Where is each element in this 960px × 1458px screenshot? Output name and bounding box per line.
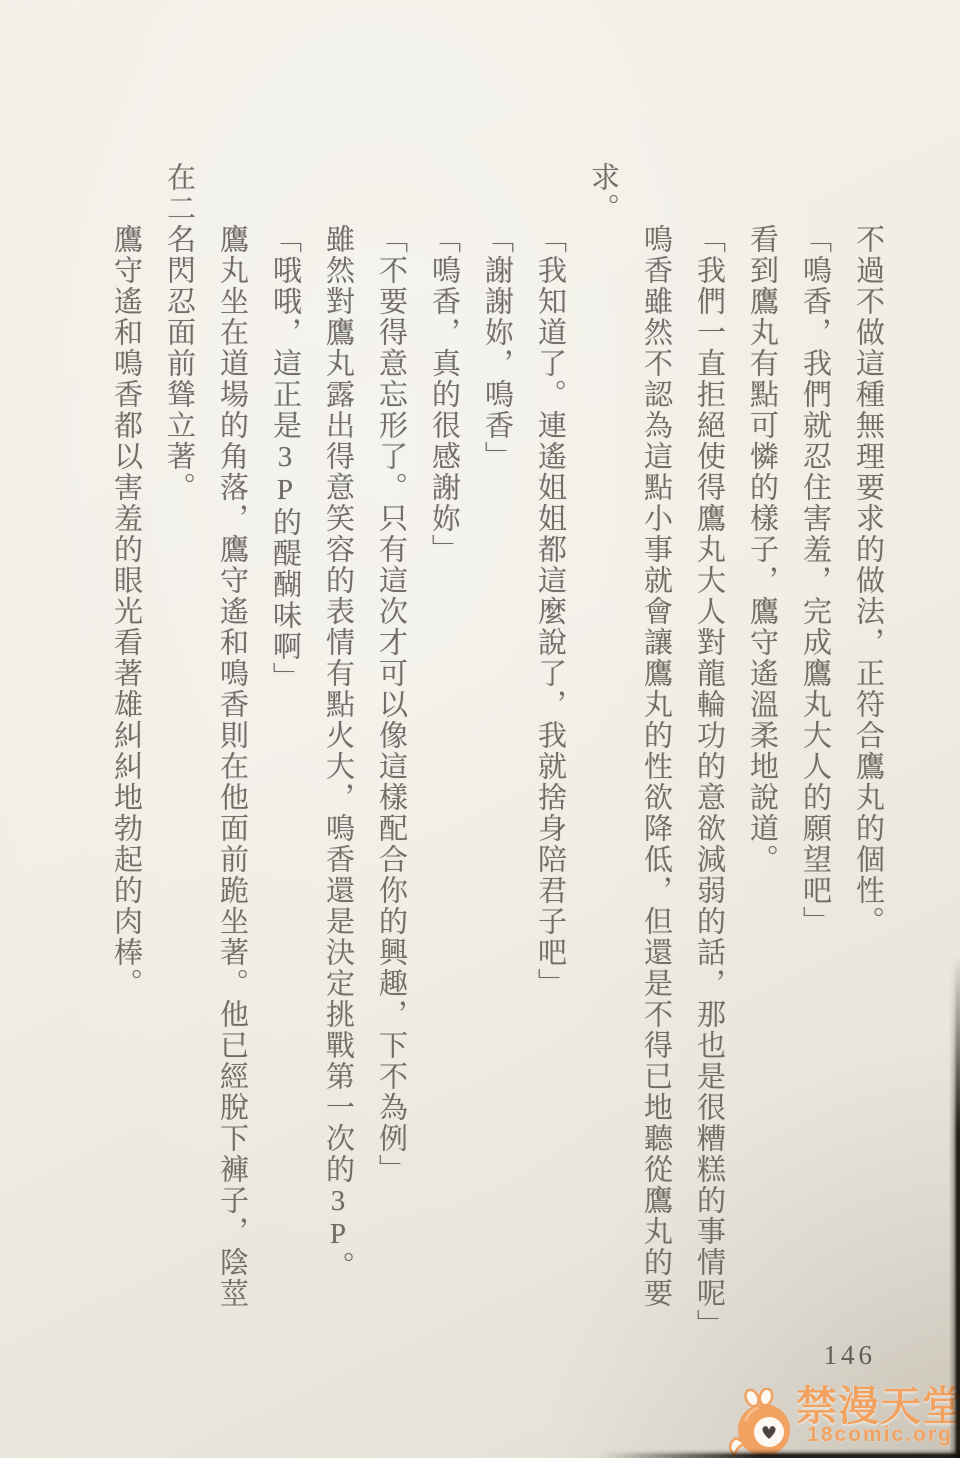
watermark-site-url: 18comic.org: [807, 1423, 953, 1447]
page-text: 不過不做這種無理要求的做法，正符合鷹丸的個性。 「鳴香，我們就忍住害羞，完成鷹丸…: [99, 162, 894, 1327]
paragraph: 鳴香雖然不認為這點小事就會讓鷹丸的性欲降低，但還是不得已地聽從鷹丸的要求。: [576, 162, 682, 1327]
latin-upright-text: 3P: [322, 1185, 354, 1251]
latin-upright-text: 3P: [269, 441, 301, 507]
paragraph-text: 不過不做這種無理要求的做法，正符合鷹丸的個性。: [852, 224, 884, 937]
paragraph-text: 「我知道了。連遙姐姐都這麼說了，我就捨身陪君子吧」: [534, 224, 566, 999]
watermark-site-name: 禁漫天堂: [796, 1386, 960, 1426]
paragraph-text: 鷹守遙和鳴香都以害羞的眼光看著雄糾糾地勃起的肉棒。: [110, 224, 142, 999]
paragraph: 不過不做這種無理要求的做法，正符合鷹丸的個性。: [841, 162, 894, 1327]
paragraph: 雖然對鷹丸露出得意笑容的表情有點火大，鳴香還是決定挑戰第一次的3P。: [311, 162, 364, 1327]
paragraph-text: 鷹丸坐在道場的角落，鷹守遙和鳴香則在他面前跪坐著。他已經脫下褲子，陰莖在二名閃忍…: [163, 162, 248, 1309]
paragraph-text: 。: [322, 1251, 354, 1282]
paragraph-text: 「鳴香，我們就忍住害羞，完成鷹丸大人的願望吧」: [799, 224, 831, 937]
paragraph: 「我們一直拒絕使得鷹丸大人對龍輪功的意欲減弱的話，那也是很糟糕的事情呢」: [682, 162, 735, 1327]
paragraph-text: 雖然對鷹丸露出得意笑容的表情有點火大，鳴香還是決定挑戰第一次的: [322, 224, 354, 1185]
watermark-text: 禁漫天堂 18comic.org: [796, 1386, 960, 1447]
paragraph: 「謝謝妳，鳴香」: [470, 162, 523, 1327]
site-watermark: 禁漫天堂 18comic.org: [728, 1386, 960, 1458]
paragraph-text: 的醍醐味啊」: [269, 507, 301, 693]
paragraph-text: 「哦哦，這正是: [269, 224, 301, 441]
paragraph: 看到鷹丸有點可憐的樣子，鷹守遙溫柔地說道。: [735, 162, 788, 1327]
paragraph-text: 「不要得意忘形了。只有這次才可以像這樣配合你的興趣，下不為例」: [375, 224, 407, 1185]
paragraph: 「鳴香，我們就忍住害羞，完成鷹丸大人的願望吧」: [788, 162, 841, 1327]
paragraph: 鷹丸坐在道場的角落，鷹守遙和鳴香則在他面前跪坐著。他已經脫下褲子，陰莖在二名閃忍…: [152, 162, 258, 1327]
paragraph: 鷹守遙和鳴香都以害羞的眼光看著雄糾糾地勃起的肉棒。: [99, 162, 152, 1327]
paragraph-text: 「鳴香，真的很感謝妳」: [428, 224, 460, 565]
whale-mascot-icon: [728, 1388, 794, 1458]
page-number: 146: [824, 1340, 877, 1371]
paragraph-text: 「謝謝妳，鳴香」: [481, 224, 513, 472]
paragraph-text: 「我們一直拒絕使得鷹丸大人對龍輪功的意欲減弱的話，那也是很糟糕的事情呢」: [693, 224, 725, 1340]
paragraph: 「不要得意忘形了。只有這次才可以像這樣配合你的興趣，下不為例」: [364, 162, 417, 1327]
paragraph-text: 看到鷹丸有點可憐的樣子，鷹守遙溫柔地說道。: [746, 224, 778, 875]
paragraph: 「鳴香，真的很感謝妳」: [417, 162, 470, 1327]
paragraph-text: 鳴香雖然不認為這點小事就會讓鷹丸的性欲降低，但還是不得已地聽從鷹丸的要求。: [587, 162, 672, 1309]
paragraph: 「哦哦，這正是3P的醍醐味啊」: [258, 162, 311, 1327]
paragraph: 「我知道了。連遙姐姐都這麼說了，我就捨身陪君子吧」: [523, 162, 576, 1327]
